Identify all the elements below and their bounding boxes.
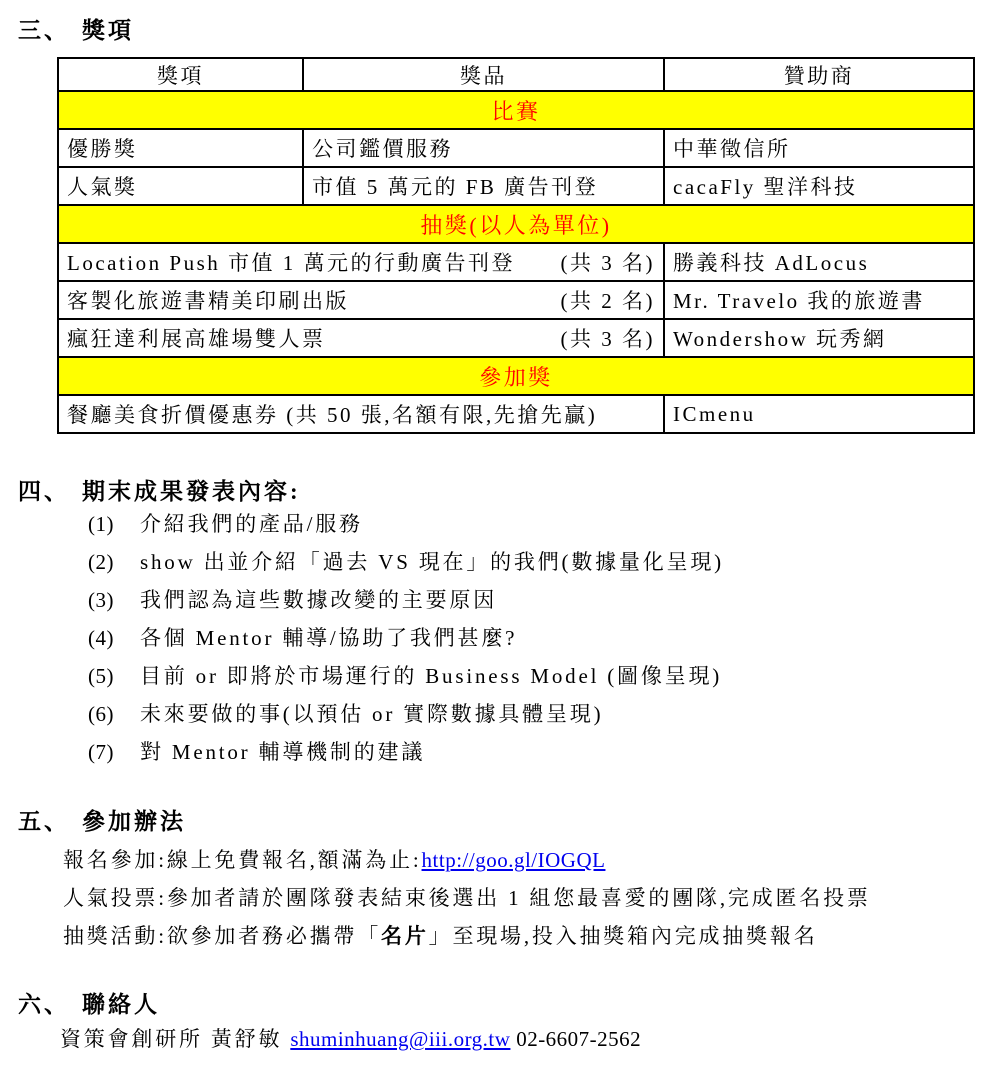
item-number: (7) <box>88 733 140 771</box>
voting-line: 人氣投票:參加者請於團隊發表結束後選出 1 組您最喜愛的團隊,完成匿名投票 <box>63 879 871 917</box>
signup-text: 報名參加:線上免費報名,額滿為止: <box>63 848 422 872</box>
cell-sponsor: 中華徵信所 <box>664 129 974 167</box>
list-item: (3) 我們認為這些數據改變的主要原因 <box>88 581 724 619</box>
prize-count: (共 3 名) <box>561 323 656 353</box>
item-text: 未來要做的事(以預估 or 實際數據具體呈現) <box>140 695 603 733</box>
contact-person: 資策會創研所 黃舒敏 <box>60 1027 290 1051</box>
business-card-emphasis: 名片 <box>381 924 429 948</box>
list-item: (4) 各個 Mentor 輔導/協助了我們甚麼? <box>88 619 724 657</box>
presentation-item-list: (1) 介紹我們的產品/服務 (2) show 出並介紹「過去 VS 現在」的我… <box>88 505 724 771</box>
item-text: 我們認為這些數據改變的主要原因 <box>140 581 497 619</box>
table-row: 瘋狂達利展高雄場雙人票 (共 3 名) Wondershow 玩秀網 <box>58 319 974 357</box>
item-number: (1) <box>88 505 140 543</box>
participation-body: 報名參加:線上免費報名,額滿為止:http://goo.gl/IOGQL 人氣投… <box>63 841 871 955</box>
header-cell-sponsor: 贊助商 <box>664 58 974 91</box>
cell-prize-name: 人氣獎 <box>58 167 303 205</box>
section-title: 聯絡人 <box>82 992 160 1017</box>
cell-prize-merged: Location Push 市值 1 萬元的行動廣告刊登 (共 3 名) <box>58 243 664 281</box>
lottery-text-post: 」至現場,投入抽獎箱內完成抽獎報名 <box>429 924 818 948</box>
item-text: 各個 Mentor 輔導/協助了我們甚麼? <box>140 619 517 657</box>
awards-table: 獎項 獎品 贊助商 比賽 優勝獎 公司鑑價服務 中華徵信所 人氣獎 市值 5 萬… <box>57 57 975 434</box>
table-row: 人氣獎 市值 5 萬元的 FB 廣告刊登 cacaFly 聖洋科技 <box>58 167 974 205</box>
item-number: (4) <box>88 619 140 657</box>
item-number: (5) <box>88 657 140 695</box>
table-row: 客製化旅遊書精美印刷出版 (共 2 名) Mr. Travelo 我的旅遊書 <box>58 281 974 319</box>
item-text: 目前 or 即將於市場運行的 Business Model (圖像呈現) <box>140 657 722 695</box>
prize-count: (共 3 名) <box>561 247 656 277</box>
lottery-line: 抽獎活動:欲參加者務必攜帶「名片」至現場,投入抽獎箱內完成抽獎報名 <box>63 917 871 955</box>
cell-sponsor: 勝義科技 AdLocus <box>664 243 974 281</box>
signup-line: 報名參加:線上免費報名,額滿為止:http://goo.gl/IOGQL <box>63 841 871 879</box>
table-row: 餐廳美食折價優惠券 (共 50 張,名額有限,先搶先贏) ICmenu <box>58 395 974 433</box>
group-title-competition: 比賽 <box>58 91 974 129</box>
contact-body: 資策會創研所 黃舒敏 shuminhuang@iii.org.tw 02-660… <box>60 1020 641 1058</box>
cell-prize-item: 市值 5 萬元的 FB 廣告刊登 <box>303 167 664 205</box>
list-item: (5) 目前 or 即將於市場運行的 Business Model (圖像呈現) <box>88 657 724 695</box>
table-header-row: 獎項 獎品 贊助商 <box>58 58 974 91</box>
cell-sponsor: ICmenu <box>664 395 974 433</box>
header-cell-prize-item: 獎品 <box>303 58 664 91</box>
section-title: 獎項 <box>82 18 134 43</box>
table-row: Location Push 市值 1 萬元的行動廣告刊登 (共 3 名) 勝義科… <box>58 243 974 281</box>
section-awards-heading: 三、獎項 <box>18 12 134 45</box>
cell-sponsor: Mr. Travelo 我的旅遊書 <box>664 281 974 319</box>
prize-text: Location Push 市值 1 萬元的行動廣告刊登 <box>67 247 515 277</box>
cell-prize-merged: 瘋狂達利展高雄場雙人票 (共 3 名) <box>58 319 664 357</box>
list-item: (7) 對 Mentor 輔導機制的建議 <box>88 733 724 771</box>
item-number: (2) <box>88 543 140 581</box>
item-number: (6) <box>88 695 140 733</box>
cell-prize-merged: 客製化旅遊書精美印刷出版 (共 2 名) <box>58 281 664 319</box>
header-cell-prize-name: 獎項 <box>58 58 303 91</box>
group-title-participation-prize: 參加獎 <box>58 357 974 395</box>
item-text: 對 Mentor 輔導機制的建議 <box>140 733 425 771</box>
contact-line: 資策會創研所 黃舒敏 shuminhuang@iii.org.tw 02-660… <box>60 1020 641 1058</box>
group-row-lottery: 抽獎(以人為單位) <box>58 205 974 243</box>
item-text: 介紹我們的產品/服務 <box>140 505 363 543</box>
section-title: 參加辦法 <box>82 809 186 834</box>
section-title: 期末成果發表內容: <box>82 479 301 504</box>
prize-count: (共 2 名) <box>561 285 656 315</box>
document-page: 三、獎項 獎項 獎品 贊助商 比賽 優勝獎 公司鑑價服務 中華徵信所 人氣獎 市… <box>0 0 988 1065</box>
group-row-participation-prize: 參加獎 <box>58 357 974 395</box>
prize-text: 瘋狂達利展高雄場雙人票 <box>67 323 326 353</box>
cell-sponsor: cacaFly 聖洋科技 <box>664 167 974 205</box>
section-number: 四、 <box>18 479 70 504</box>
table-row: 優勝獎 公司鑑價服務 中華徵信所 <box>58 129 974 167</box>
cell-prize-item: 公司鑑價服務 <box>303 129 664 167</box>
group-row-competition: 比賽 <box>58 91 974 129</box>
section-contact-heading: 六、聯絡人 <box>18 986 160 1019</box>
lottery-text-pre: 抽獎活動:欲參加者務必攜帶「 <box>63 924 381 948</box>
cell-prize-name: 優勝獎 <box>58 129 303 167</box>
section-number: 六、 <box>18 992 70 1017</box>
item-text: show 出並介紹「過去 VS 現在」的我們(數據量化呈現) <box>140 543 724 581</box>
prize-text: 客製化旅遊書精美印刷出版 <box>67 285 349 315</box>
section-number: 五、 <box>18 809 70 834</box>
list-item: (6) 未來要做的事(以預估 or 實際數據具體呈現) <box>88 695 724 733</box>
section-presentation-heading: 四、期末成果發表內容: <box>18 473 301 506</box>
contact-email-link[interactable]: shuminhuang@iii.org.tw <box>290 1027 510 1051</box>
group-title-lottery: 抽獎(以人為單位) <box>58 205 974 243</box>
item-number: (3) <box>88 581 140 619</box>
signup-link[interactable]: http://goo.gl/IOGQL <box>422 848 606 872</box>
cell-sponsor: Wondershow 玩秀網 <box>664 319 974 357</box>
list-item: (1) 介紹我們的產品/服務 <box>88 505 724 543</box>
cell-prize-merged: 餐廳美食折價優惠券 (共 50 張,名額有限,先搶先贏) <box>58 395 664 433</box>
list-item: (2) show 出並介紹「過去 VS 現在」的我們(數據量化呈現) <box>88 543 724 581</box>
contact-phone: 02-6607-2562 <box>510 1027 641 1051</box>
section-number: 三、 <box>18 18 70 43</box>
section-participation-heading: 五、參加辦法 <box>18 803 186 836</box>
